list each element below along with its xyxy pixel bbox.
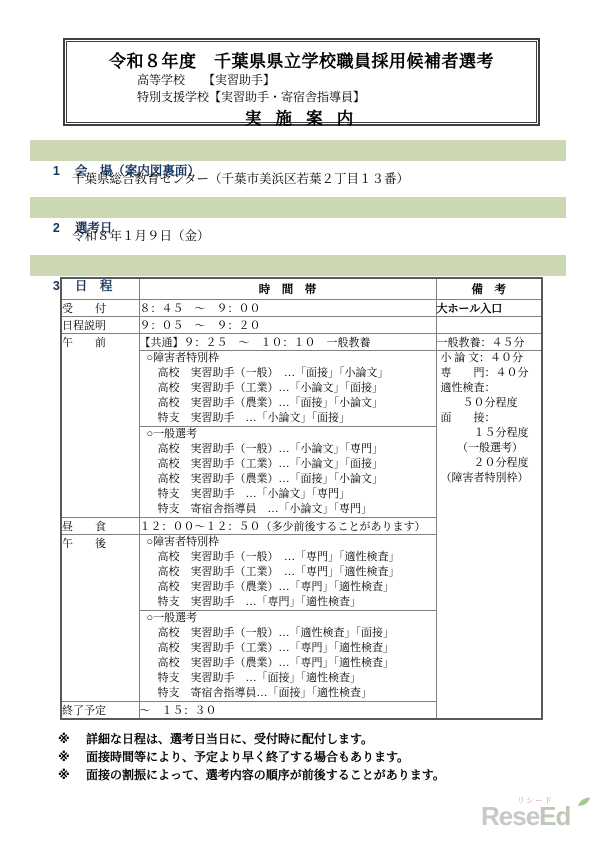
schedule-line: ○一般選考 — [140, 611, 436, 626]
schedule-line: 高校 実習助手（工業）…「小論文」「面接」 — [140, 457, 436, 472]
logo-wordmark: ReseEd — [481, 802, 570, 830]
schedule-line: ○障害者特別枠 — [140, 535, 436, 550]
footnotes: ※詳細な日程は、選考日当日に、受付時に配付します。 ※面接時間等により、予定より… — [38, 712, 445, 766]
schedule-line: 特支 寄宿舎指導員…「面接」「適性検査」 — [140, 686, 436, 701]
am-common-time: 【共通】９：２５ ～ １０：１０ 一般教養 — [139, 334, 436, 351]
pm-label: 午 後 — [61, 535, 139, 702]
title-sub-specialschool: 特別支援学校【実習助手・寄宿舎指導員】 — [137, 89, 536, 106]
schedule-line: 高校 実習助手（農業）…「専門」「適性検査」 — [140, 656, 436, 671]
briefing-remark — [436, 317, 542, 334]
header-empty — [61, 278, 139, 300]
schedule-line: （一般選考） — [437, 441, 542, 456]
section-header-schedule: 3日 程 — [30, 255, 566, 276]
schedule-line: 特支 実習助手 …「小論文」「専門」 — [140, 487, 436, 502]
schedule-line: 適性検査： — [437, 381, 542, 396]
header-time-band: 時 間 帯 — [139, 278, 436, 300]
schedule-line: ○障害者特別枠 — [140, 351, 436, 366]
reseed-logo: リシード ReseEd — [481, 795, 593, 837]
schedule-table: 時 間 帯 備 考 受 付 ８：４５ ～ ９：００ 大ホール入口 日程説明 ９：… — [60, 277, 543, 720]
selection-date-text: 令和８年１月９日（金） — [72, 228, 210, 245]
footnote-marker: ※ — [58, 730, 86, 748]
briefing-time: ９：０５ ～ ９：２０ — [139, 317, 436, 334]
schedule-line: 高校 実習助手（一般）…「適性検査」「面接」 — [140, 626, 436, 641]
document-title: 令和８年度 千葉県県立学校職員採用候補者選考 — [67, 47, 536, 72]
schedule-line: 高校 実習助手（一般） …「面接」「小論文」 — [140, 366, 436, 381]
schedule-line: 特支 実習助手 …「面接」「適性検査」 — [140, 671, 436, 686]
schedule-line: 高校 実習助手（一般） …「専門」「適性検査」 — [140, 550, 436, 565]
pm-general-block: ○一般選考 高校 実習助手（一般）…「適性検査」「面接」 高校 実習助手（工業）… — [139, 611, 436, 702]
venue-text: 千葉県総合教育センター（千葉市美浜区若葉２丁目１３番） — [72, 171, 409, 188]
lunch-label: 昼 食 — [61, 518, 139, 535]
am-common-remark: 一般教養：４５分 — [436, 334, 542, 351]
title-box: 令和８年度 千葉県県立学校職員採用候補者選考 高等学校 【実習助手】 特別支援学… — [63, 38, 540, 126]
schedule-line: １５分程度 — [437, 426, 542, 441]
leaf-icon — [577, 797, 591, 807]
footnote-marker: ※ — [58, 766, 86, 784]
schedule-line: 専 門：４０分 — [437, 366, 542, 381]
pm-special-block: ○障害者特別枠 高校 実習助手（一般） …「専門」「適性検査」 高校 実習助手（… — [139, 535, 436, 611]
am-special-block: ○障害者特別枠 高校 実習助手（一般） …「面接」「小論文」 高校 実習助手（工… — [139, 351, 436, 427]
briefing-label: 日程説明 — [61, 317, 139, 334]
logo-rese: Rese — [481, 801, 539, 831]
schedule-line: ○一般選考 — [140, 427, 436, 442]
schedule-line: 面 接： — [437, 411, 542, 426]
footnote-text: 面接時間等により、予定より早く終了する場合もあります。 — [86, 750, 409, 764]
schedule-line: 高校 実習助手（農業）…「面接」「小論文」 — [140, 396, 436, 411]
schedule-line: 高校 実習助手（農業）…「面接」「小論文」 — [140, 472, 436, 487]
reception-label: 受 付 — [61, 300, 139, 317]
schedule-line: ５０分程度 — [437, 396, 542, 411]
footnote-text: 詳細な日程は、選考日当日に、受付時に配付します。 — [86, 732, 373, 746]
schedule-line: ２０分程度 — [437, 456, 542, 471]
remarks-block: 小 論 文：４０分専 門：４０分適性検査： ５０分程度面 接： １５分程度 （一… — [436, 351, 542, 720]
footnote-1: ※詳細な日程は、選考日当日に、受付時に配付します。 — [38, 712, 445, 730]
footnote-text: 面接の割振によって、選考内容の順序が前後することがあります。 — [86, 768, 445, 782]
section-header-venue: 1会 場（案内図裏面） — [30, 140, 566, 161]
footnote-marker: ※ — [58, 748, 86, 766]
row-briefing: 日程説明 ９：０５ ～ ９：２０ — [61, 317, 542, 334]
schedule-line: 特支 実習助手 …「小論文」「面接」 — [140, 411, 436, 426]
title-sub-highschool: 高等学校 【実習助手】 — [137, 72, 536, 89]
header-remarks: 備 考 — [436, 278, 542, 300]
schedule-line: 特支 実習助手 …「専門」「適性検査」 — [140, 595, 436, 610]
row-am-common: 午 前 【共通】９：２５ ～ １０：１０ 一般教養 一般教養：４５分 — [61, 334, 542, 351]
lunch-time: １２：００～１２：５０（多少前後することがあります） — [139, 518, 436, 535]
reception-remark: 大ホール入口 — [436, 300, 542, 317]
schedule-line: 特支 寄宿舎指導員 …「小論文」「専門」 — [140, 502, 436, 517]
title-box-inner: 令和８年度 千葉県県立学校職員採用候補者選考 高等学校 【実習助手】 特別支援学… — [66, 41, 537, 123]
schedule-line: 高校 実習助手（工業）…「小論文」「面接」 — [140, 381, 436, 396]
logo-ed: Ed — [539, 801, 570, 831]
table-header-row: 時 間 帯 備 考 — [61, 278, 542, 300]
reception-time: ８：４５ ～ ９：００ — [139, 300, 436, 317]
row-reception: 受 付 ８：４５ ～ ９：００ 大ホール入口 — [61, 300, 542, 317]
schedule-line: （障害者特別枠） — [437, 471, 542, 486]
document-page: 令和８年度 千葉県県立学校職員採用候補者選考 高等学校 【実習助手】 特別支援学… — [0, 0, 595, 841]
am-label: 午 前 — [61, 334, 139, 518]
schedule-line: 高校 実習助手（一般）…「小論文」「専門」 — [140, 442, 436, 457]
section-header-selection-date: 2選考日 — [30, 197, 566, 218]
schedule-line: 高校 実習助手（工業） …「専門」「適性検査」 — [140, 565, 436, 580]
schedule-line: 高校 実習助手（工業）…「専門」「適性検査」 — [140, 641, 436, 656]
title-implementation-guide: 実 施 案 内 — [67, 105, 536, 129]
am-general-block: ○一般選考 高校 実習助手（一般）…「小論文」「専門」 高校 実習助手（工業）…… — [139, 427, 436, 518]
schedule-line: 小 論 文：４０分 — [437, 351, 542, 366]
schedule-line: 高校 実習助手（農業）…「専門」「適性検査」 — [140, 580, 436, 595]
